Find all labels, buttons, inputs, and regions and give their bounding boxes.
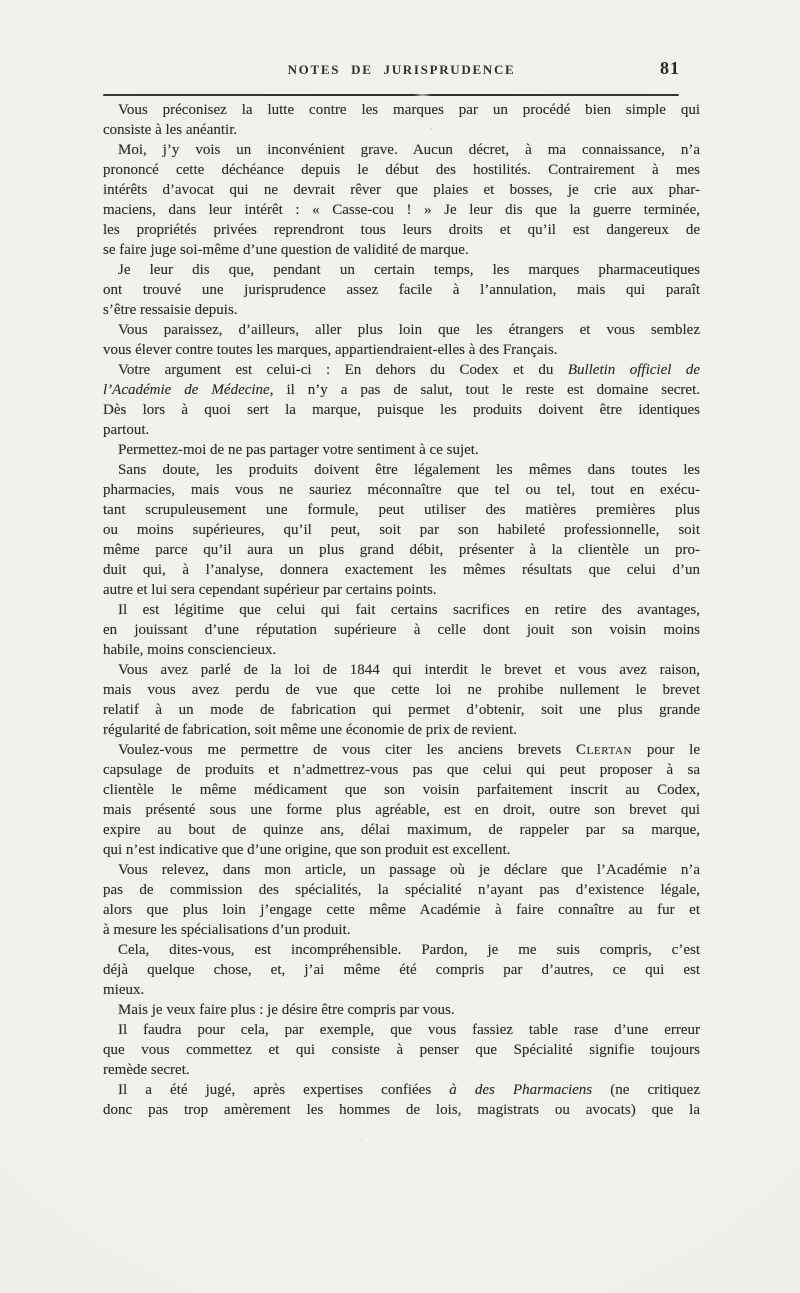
text-segment: mais présenté sous une forme plus agréab… (103, 802, 700, 818)
text-line: s’être ressaisie depuis. (103, 300, 700, 320)
text-segment: vous élever contre toutes les marques, a… (103, 342, 557, 358)
text-line: alors que plus loin j’engage cette même … (103, 900, 700, 920)
text-line: pharmacies, mais vous ne sauriez méconna… (103, 480, 700, 500)
scan-specks (0, 0, 2, 2)
text-line: à mesure les spécialisations d’un produi… (103, 920, 700, 940)
text-segment: clientèle le même médicament que son voi… (103, 782, 700, 798)
text-line: en jouissant d’une réputation supérieure… (103, 620, 700, 640)
text-line: Il est légitime que celui qui fait certa… (103, 600, 700, 620)
text-segment: pour le (632, 742, 700, 758)
text-line: Vous préconisez la lutte contre les marq… (103, 100, 700, 120)
text-segment: les propriétés privées reprendront tous … (103, 222, 700, 238)
text-segment: Il a été jugé, après expertises confiées (118, 1082, 449, 1098)
text-segment: Vous avez parlé de la loi de 1844 qui in… (118, 662, 700, 678)
text-segment: alors que plus loin j’engage cette même … (103, 902, 700, 918)
italic-text: l’Académie de Médecine (103, 382, 270, 398)
text-line: Moi, j’y vois un inconvénient grave. Auc… (103, 140, 700, 160)
text-line: mais présenté sous une forme plus agréab… (103, 800, 700, 820)
text-line: partout. (103, 420, 700, 440)
text-line: duit qui, à l’analyse, donnera exactemen… (103, 560, 700, 580)
text-line: Il faudra pour cela, par exemple, que vo… (103, 1020, 700, 1040)
page-text: Vous préconisez la lutte contre les marq… (103, 100, 700, 1120)
text-segment: autre et lui sera cependant supérieur pa… (103, 582, 437, 598)
text-segment: prononcé cette déchéance depuis le début… (103, 162, 700, 178)
page-number: 81 (660, 58, 680, 79)
text-line: Mais je veux faire plus : je désire être… (103, 1000, 700, 1020)
text-line: mais vous avez perdu de vue que cette lo… (103, 680, 700, 700)
text-line: capsulage de produits et n’admettrez-vou… (103, 760, 700, 780)
text-segment: (ne critiquez (592, 1082, 700, 1098)
text-segment: Mais je veux faire plus : je désire être… (118, 1002, 455, 1018)
text-segment: donc pas trop amèrement les hommes de lo… (103, 1102, 700, 1118)
text-line: que vous commettez et qui consiste à pen… (103, 1040, 700, 1060)
text-line: Dès lors à quoi sert la marque, puisque … (103, 400, 700, 420)
running-header: NOTES DE JURISPRUDENCE 81 (103, 60, 700, 82)
text-segment: Vous paraissez, d’ailleurs, aller plus l… (118, 322, 700, 338)
text-segment: relatif à un mode de fabrication qui per… (103, 702, 700, 718)
text-line: Vous avez parlé de la loi de 1844 qui in… (103, 660, 700, 680)
text-line: qui n’est indicative que d’une origine, … (103, 840, 700, 860)
text-line: prononcé cette déchéance depuis le début… (103, 160, 700, 180)
text-line: Vous relevez, dans mon article, un passa… (103, 860, 700, 880)
text-segment: Votre argument est celui-ci : En dehors … (118, 362, 568, 378)
text-line: maciens, dans leur intérêt : « Casse-cou… (103, 200, 700, 220)
text-segment: Cela, dites-vous, est incompréhensible. … (118, 942, 700, 958)
text-segment: Permettez-moi de ne pas partager votre s… (118, 442, 479, 458)
running-title: NOTES DE JURISPRUDENCE (103, 62, 700, 78)
text-segment: régularité de fabrication, soit même une… (103, 722, 517, 738)
text-line: régularité de fabrication, soit même une… (103, 720, 700, 740)
text-line: expire au bout de quinze ans, délai maxi… (103, 820, 700, 840)
text-line: Voulez-vous me permettre de vous citer l… (103, 740, 700, 760)
text-line: déjà quelque chose, et, j’ai même été co… (103, 960, 700, 980)
text-segment: mieux. (103, 982, 144, 998)
header-rule (103, 94, 679, 96)
text-segment: Voulez-vous me permettre de vous citer l… (118, 742, 576, 758)
text-segment: déjà quelque chose, et, j’ai même été co… (103, 962, 700, 978)
text-line: donc pas trop amèrement les hommes de lo… (103, 1100, 700, 1120)
text-line: se faire juge soi-même d’une question de… (103, 240, 700, 260)
text-line: habile, moins consciencieux. (103, 640, 700, 660)
text-line: intérêts d’avocat qui ne devrait rêver q… (103, 180, 700, 200)
text-segment: à mesure les spécialisations d’un produi… (103, 922, 350, 938)
text-line: l’Académie de Médecine, il n’y a pas de … (103, 380, 700, 400)
text-segment: tant scrupuleusement une formule, peut u… (103, 502, 700, 518)
text-line: ou moins supérieures, qu’il peut, soit p… (103, 520, 700, 540)
smallcaps-text: Clertan (576, 742, 632, 758)
text-segment: intérêts d’avocat qui ne devrait rêver q… (103, 182, 700, 198)
text-line: mieux. (103, 980, 700, 1000)
text-line: relatif à un mode de fabrication qui per… (103, 700, 700, 720)
text-line: Sans doute, les produits doivent être lé… (103, 460, 700, 480)
text-segment: ont trouvé une jurisprudence assez facil… (103, 282, 700, 298)
text-segment: ou moins supérieures, qu’il peut, soit p… (103, 522, 700, 538)
text-segment: maciens, dans leur intérêt : « Casse-cou… (103, 202, 700, 218)
text-line: ont trouvé une jurisprudence assez facil… (103, 280, 700, 300)
text-segment: Dès lors à quoi sert la marque, puisque … (103, 402, 700, 418)
text-segment: en jouissant d’une réputation supérieure… (103, 622, 700, 638)
text-segment: s’être ressaisie depuis. (103, 302, 238, 318)
text-line: autre et lui sera cependant supérieur pa… (103, 580, 700, 600)
text-segment: mais vous avez perdu de vue que cette lo… (103, 682, 700, 698)
text-segment: pas de commission des spécialités, la sp… (103, 882, 700, 898)
text-segment: Sans doute, les produits doivent être lé… (118, 462, 700, 478)
text-segment: pharmacies, mais vous ne sauriez méconna… (103, 482, 700, 498)
text-line: clientèle le même médicament que son voi… (103, 780, 700, 800)
italic-text: Bulletin officiel de (568, 362, 700, 378)
text-segment: qui n’est indicative que d’une origine, … (103, 842, 510, 858)
text-line: Vous paraissez, d’ailleurs, aller plus l… (103, 320, 700, 340)
text-line: pas de commission des spécialités, la sp… (103, 880, 700, 900)
text-line: consiste à les anéantir. (103, 120, 700, 140)
text-segment: Je leur dis que, pendant un certain temp… (118, 262, 700, 278)
text-segment: Moi, j’y vois un inconvénient grave. Auc… (118, 142, 700, 158)
text-segment: se faire juge soi-même d’une question de… (103, 242, 469, 258)
italic-text: à des Pharmaciens (449, 1082, 592, 1098)
text-line: Cela, dites-vous, est incompréhensible. … (103, 940, 700, 960)
text-line: les propriétés privées reprendront tous … (103, 220, 700, 240)
text-segment: consiste à les anéantir. (103, 122, 237, 138)
text-segment: même parce qu’il aura un plus grand débi… (103, 542, 700, 558)
text-line: Permettez-moi de ne pas partager votre s… (103, 440, 700, 460)
text-segment: habile, moins consciencieux. (103, 642, 276, 658)
text-line: même parce qu’il aura un plus grand débi… (103, 540, 700, 560)
text-line: tant scrupuleusement une formule, peut u… (103, 500, 700, 520)
text-segment: , il n’y a pas de salut, tout le reste e… (270, 382, 700, 398)
text-segment: que vous commettez et qui consiste à pen… (103, 1042, 700, 1058)
text-segment: partout. (103, 422, 149, 438)
scanned-book-page: NOTES DE JURISPRUDENCE 81 Vous préconise… (0, 0, 800, 1293)
text-segment: duit qui, à l’analyse, donnera exactemen… (103, 562, 700, 578)
text-line: Je leur dis que, pendant un certain temp… (103, 260, 700, 280)
text-line: Votre argument est celui-ci : En dehors … (103, 360, 700, 380)
text-line: vous élever contre toutes les marques, a… (103, 340, 700, 360)
text-line: Il a été jugé, après expertises confiées… (103, 1080, 700, 1100)
text-segment: capsulage de produits et n’admettrez-vou… (103, 762, 700, 778)
text-segment: Il faudra pour cela, par exemple, que vo… (118, 1022, 700, 1038)
text-line: remède secret. (103, 1060, 700, 1080)
text-segment: Il est légitime que celui qui fait certa… (118, 602, 700, 618)
text-segment: expire au bout de quinze ans, délai maxi… (103, 822, 700, 838)
text-segment: Vous relevez, dans mon article, un passa… (118, 862, 700, 878)
text-segment: remède secret. (103, 1062, 190, 1078)
text-segment: Vous préconisez la lutte contre les marq… (118, 102, 700, 118)
